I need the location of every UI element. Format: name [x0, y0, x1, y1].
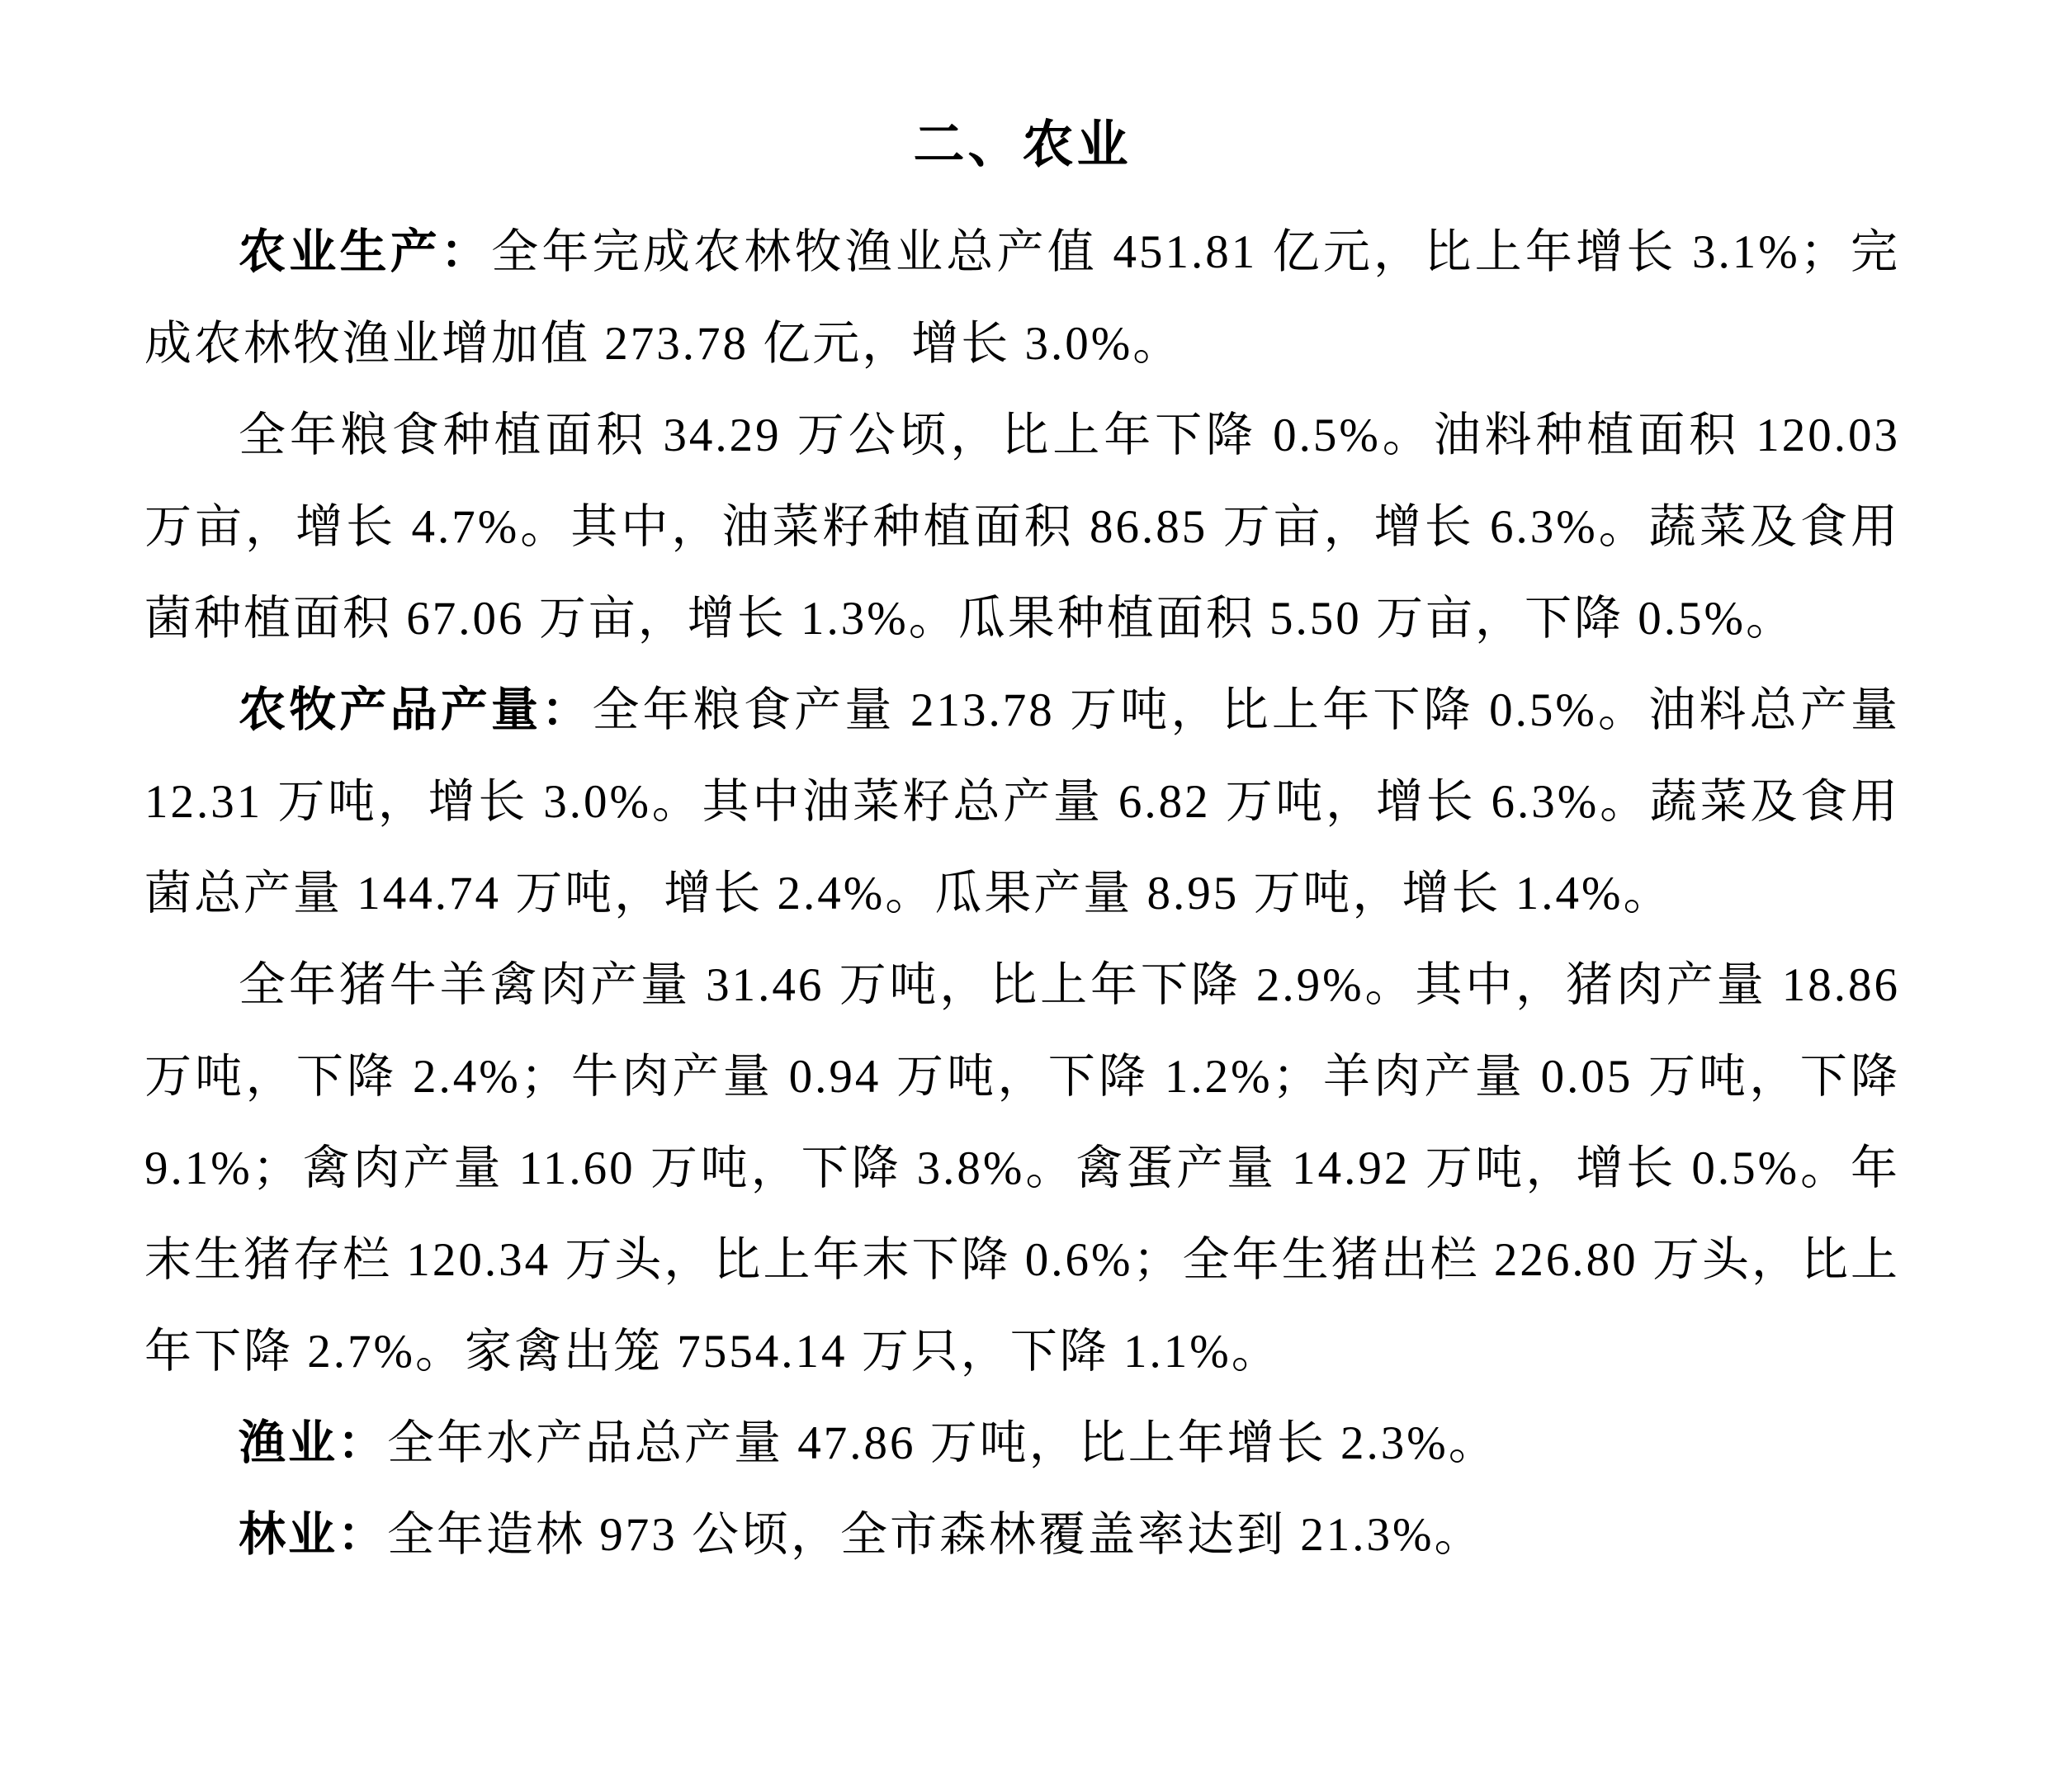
para-agriculture-production-lead: 农业生产：	[239, 226, 491, 278]
para-livestock-output: 全年猪牛羊禽肉产量 31.46 万吨，比上年下降 2.9%。其中，猪肉产量 18…	[144, 939, 1900, 1397]
para-forestry-lead: 林业：	[239, 1509, 387, 1561]
section-title: 二、农业	[144, 106, 1900, 185]
para-fishery-text: 全年水产品总产量 47.86 万吨，比上年增长 2.3%。	[387, 1417, 1498, 1469]
para-fishery-lead: 渔业：	[239, 1417, 387, 1469]
para-fishery: 渔业：全年水产品总产量 47.86 万吨，比上年增长 2.3%。	[144, 1397, 1900, 1489]
para-farm-product-output: 农牧产品产量：全年粮食产量 213.78 万吨，比上年下降 0.5%。油料总产量…	[144, 664, 1900, 939]
para-livestock-output-text: 全年猪牛羊禽肉产量 31.46 万吨，比上年下降 2.9%。其中，猪肉产量 18…	[144, 959, 1900, 1378]
document-page: 二、农业 农业生产：全年完成农林牧渔业总产值 451.81 亿元，比上年增长 3…	[0, 0, 2047, 1792]
para-agriculture-production: 农业生产：全年完成农林牧渔业总产值 451.81 亿元，比上年增长 3.1%；完…	[144, 206, 1900, 390]
para-forestry: 林业：全年造林 973 公顷，全市森林覆盖率达到 21.3%。	[144, 1489, 1900, 1581]
para-forestry-text: 全年造林 973 公顷，全市森林覆盖率达到 21.3%。	[387, 1509, 1483, 1561]
para-farm-product-output-lead: 农牧产品产量：	[239, 684, 592, 736]
para-planting-area: 全年粮食种植面积 34.29 万公顷，比上年下降 0.5%。油料种植面积 120…	[144, 390, 1900, 664]
para-planting-area-text: 全年粮食种植面积 34.29 万公顷，比上年下降 0.5%。油料种植面积 120…	[144, 409, 1900, 645]
document-body: 农业生产：全年完成农林牧渔业总产值 451.81 亿元，比上年增长 3.1%；完…	[144, 206, 1900, 1581]
